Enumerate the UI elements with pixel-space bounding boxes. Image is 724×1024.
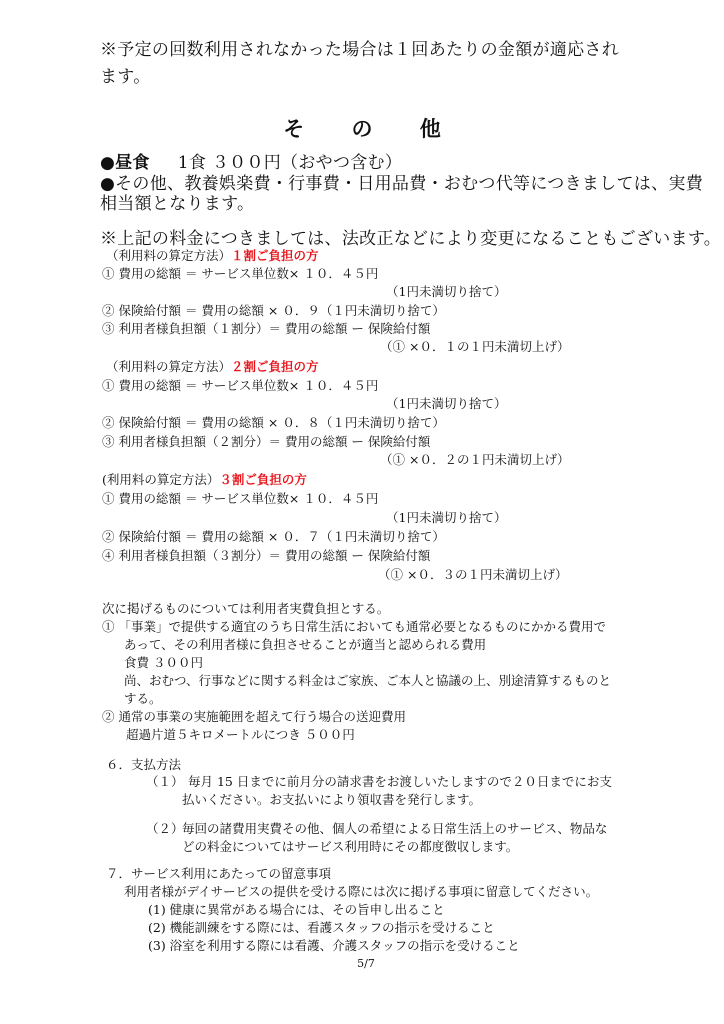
calc-3-row-1-note: （1円未満切り捨て） <box>386 512 506 525</box>
calc-3-row-2: ② 保険給付額 ＝ 費用の総額 × ０．７（１円未満切り捨て） <box>102 531 445 544</box>
notice-line-2: ます。 <box>100 69 151 86</box>
calc-2-row-1-note: （1円未満切り捨て） <box>386 398 506 411</box>
calc-3-row-1: ① 費用の総額 ＝ サービス単位数× １０．４５円 <box>102 493 378 506</box>
actual-costs-item-1-line-3: 食費 ３００円 <box>124 657 203 670</box>
payment-item-1-line-1: 毎月 15 日までに前月分の請求書をお渡しいたしますので２０日までにお支 <box>188 776 612 789</box>
calc-heading-red: ３割ご負担の方 <box>219 472 307 487</box>
misc-fees-line-1: ●その他、教養娯楽費・行事費・日用品費・おむつ代等につきましては、実費 <box>100 176 703 193</box>
actual-costs-item-1-line-5: する。 <box>124 693 162 706</box>
calc-heading-red: ２割ご負担の方 <box>231 359 319 374</box>
section-title: そ の 他 <box>0 118 724 139</box>
calc-1-row-1-note: （1円未満切り捨て） <box>386 286 506 299</box>
lunch-value: 1食 ３００円（おやつ含む） <box>178 153 402 173</box>
calc-3-row-3-note: （① ×０．３の１円未満切上げ） <box>378 569 567 582</box>
actual-costs-item-1-line-4: 尚、おむつ、行事などに関する料金はご家族、ご本人と協議の上、別途清算するものと <box>124 675 611 688</box>
payment-item-2-line-2: どの料金についてはサービス利用時にその都度徴収します。 <box>182 841 518 854</box>
calc-1-row-3-note: （① ×０．１の１円未満切上げ） <box>380 341 569 354</box>
notes-item-2: (2) 機能訓練をする際には、看護スタッフの指示を受けること <box>148 922 495 935</box>
calc-2-row-2: ② 保険給付額 ＝ 費用の総額 × ０．８（１円未満切り捨て） <box>102 417 445 430</box>
calc-heading-red: １割ご負担の方 <box>231 248 319 263</box>
payment-item-2-num: （２） <box>146 823 184 836</box>
lunch-label: ●昼食 <box>100 153 150 173</box>
payment-item-2-line-1: 毎回の諸費用実費その他、個人の希望による日常生活上のサービス、物品な <box>182 823 607 836</box>
calc-1-row-2: ② 保険給付額 ＝ 費用の総額 × ０．９（１円未満切り捨て） <box>102 305 445 318</box>
notes-item-1: (1) 健康に異常がある場合には、その旨申し出ること <box>148 904 445 917</box>
calc-2-row-1: ① 費用の総額 ＝ サービス単位数× １０．４５円 <box>102 380 378 393</box>
fee-change-note: ※上記の料金につきましては、法改正などにより変更になることもございます。 <box>100 231 721 248</box>
payment-item-1-num: （１） <box>146 776 184 789</box>
actual-costs-item-1-line-2: あって、その利用者様に負担させることが適当と認められる費用 <box>124 639 486 652</box>
actual-costs-item-2-line-2: 超過片道５キロメートルにつき ５００円 <box>126 729 355 742</box>
actual-costs-intro: 次に掲げるものについては利用者実費負担とする。 <box>102 603 389 616</box>
lunch-row: ●昼食1食 ３００円（おやつ含む） <box>100 155 402 172</box>
calc-1-row-3: ③ 利用者様負担額（１割分）＝ 費用の総額 ー 保険給付額 <box>102 323 430 336</box>
misc-fees-line-2: 相当額となります。 <box>100 196 254 213</box>
calc-1-row-1: ① 費用の総額 ＝ サービス単位数× １０．４５円 <box>102 268 378 281</box>
payment-item-1-line-2: 払いください。お支払いにより領収書を発行します。 <box>182 794 481 807</box>
calc-2-row-3: ③ 利用者様負担額（２割分）＝ 費用の総額 ー 保険給付額 <box>102 436 430 449</box>
calc-heading-3: (利用料の算定方法）３割ご負担の方 <box>102 474 307 487</box>
actual-costs-item-2-line-1: ② 通常の事業の実施範囲を超えて行う場合の送迎費用 <box>102 711 406 724</box>
actual-costs-item-1-line-1: ① 「事業」で提供する適宜のうち日常生活においても通常必要となるものにかかる費用… <box>102 621 606 634</box>
calc-heading-text: （利用料の算定方法） <box>106 359 231 374</box>
notes-intro: 利用者様がデイサービスの提供を受ける際には次に掲げる事項に留意してください。 <box>124 886 598 899</box>
calc-heading-2: （利用料の算定方法）２割ご負担の方 <box>106 361 319 374</box>
notice-line-1: ※予定の回数利用されなかった場合は１回あたりの金額が適応され <box>100 42 619 59</box>
page-number: 5/7 <box>0 958 724 969</box>
calc-heading-text: (利用料の算定方法） <box>102 472 219 487</box>
notes-item-3: (3) 浴室を利用する際には看護、介護スタッフの指示を受けること <box>148 940 520 953</box>
notes-heading: ７．サービス利用にあたっての留意事項 <box>106 868 331 881</box>
calc-3-row-3: ④ 利用者様負担額（３割分）＝ 費用の総額 ー 保険給付額 <box>102 550 430 563</box>
calc-heading-1: （利用料の算定方法）１割ご負担の方 <box>106 250 319 263</box>
calc-heading-text: （利用料の算定方法） <box>106 248 231 263</box>
payment-heading: ６．支払方法 <box>106 759 181 772</box>
calc-2-row-3-note: （① ×０．２の１円未満切上げ） <box>380 454 569 467</box>
